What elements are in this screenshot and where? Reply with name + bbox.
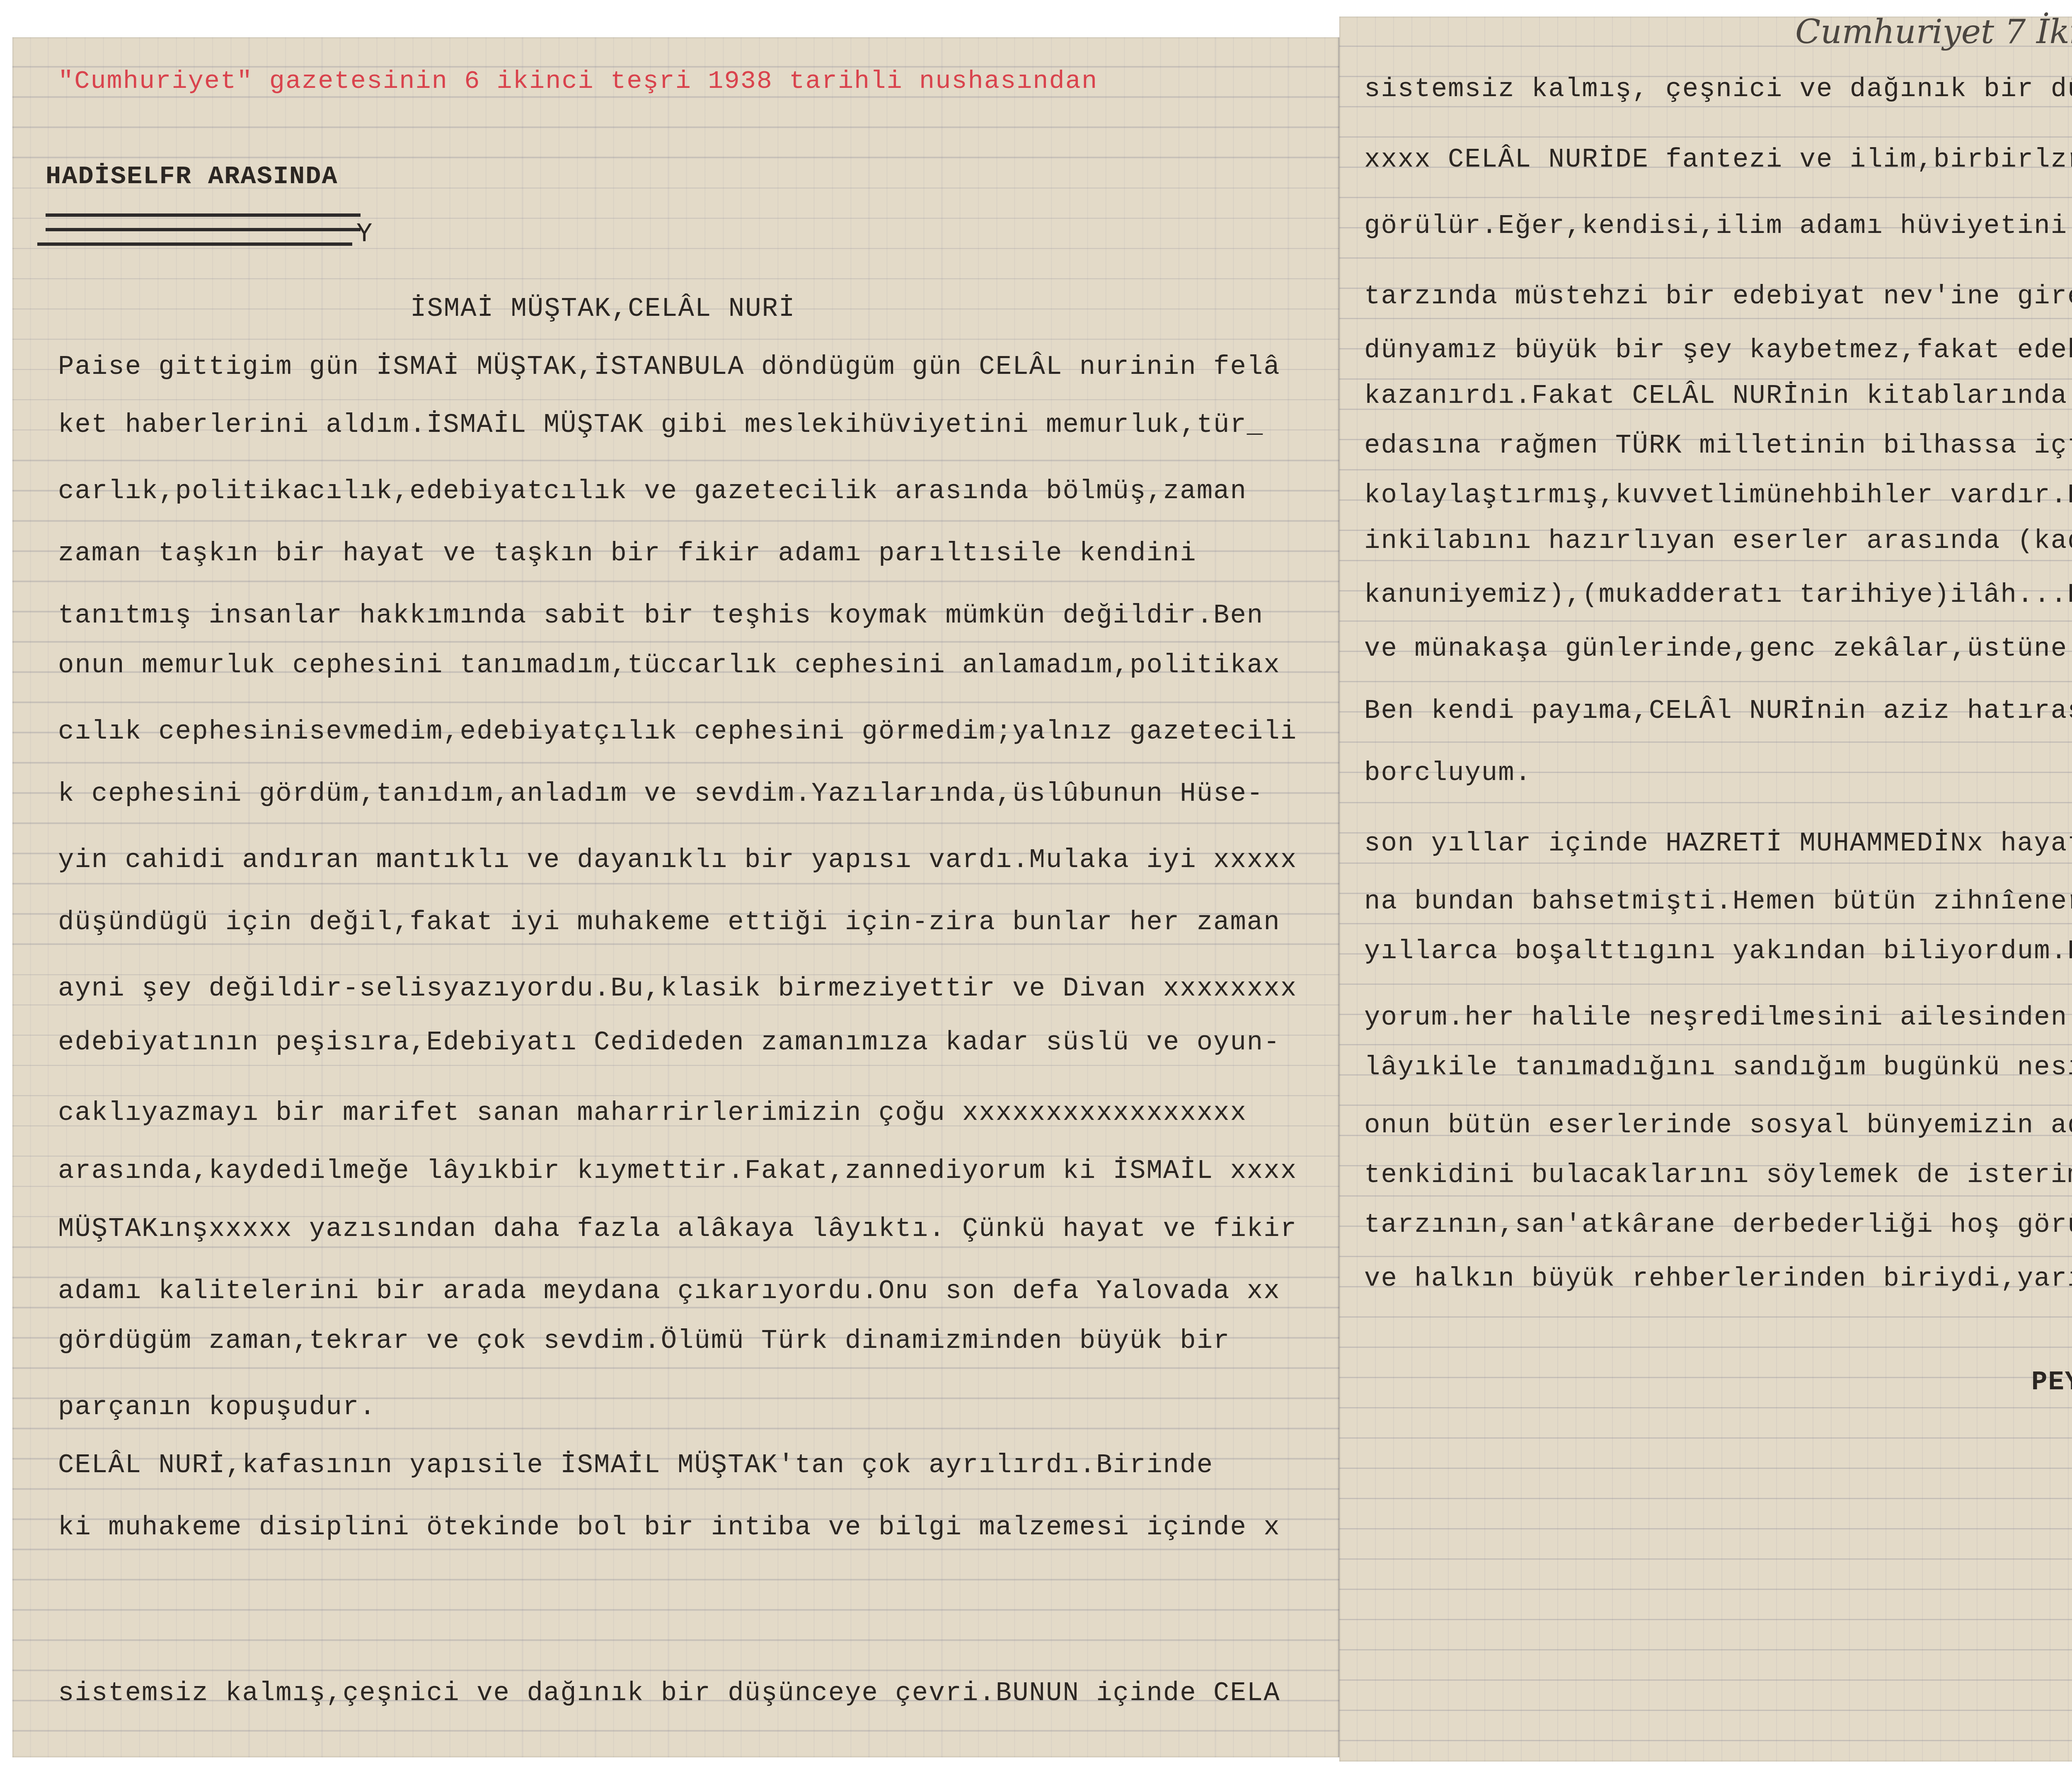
text-line: gördügüm zaman,tekrar ve çok sevdim.Ölüm…: [58, 1326, 1230, 1356]
source-note: "Cumhuriyet" gazetesinin 6 ikinci teşri …: [58, 66, 1098, 96]
text-line: ki muhakeme disiplini ötekinde bol bir i…: [58, 1513, 1280, 1543]
text-line: tanıtmış insanlar hakkımında sabit bir t…: [58, 601, 1264, 631]
heading-rule-2: [46, 228, 361, 231]
text-line: tarzının,san'atkârane derbederliği hoş g…: [1364, 1210, 2072, 1240]
text-line: parçanın kopuşudur.: [58, 1393, 376, 1422]
text-line: kolaylaştırmış,kuvvetlimünehbihler vardı…: [1364, 481, 2072, 511]
text-line: Ben kendi payıma,CELÂl NURİnin aziz hatı…: [1364, 696, 2072, 726]
text-line: borcluyum.: [1364, 758, 1532, 788]
text-line: dünyamız büyük bir şey kaybetmez,fakat e…: [1364, 336, 2072, 366]
text-line: sistemsiz kalmış, çeşnici ve dağınık bir…: [1364, 75, 2072, 104]
handwritten-date-note: Cumhuriyet 7 İkincteşrin 1938: [1795, 12, 2072, 51]
text-line: ayni şey değildir-selisyazıyordu.Bu,klas…: [58, 974, 1297, 1004]
heading-mark: Y: [356, 220, 373, 250]
text-line: adamı kalitelerini bir arada meydana çık…: [58, 1277, 1280, 1306]
text-line: tenkidini bulacaklarını söylemek de iste…: [1364, 1161, 2072, 1190]
text-line: onun memurluk cephesini tanımadım,tüccar…: [58, 651, 1280, 681]
text-line: düşündügü için değil,fakat iyi muhakeme …: [58, 908, 1280, 938]
text-line: kazanırdı.Fakat CELÂL NURİnin kitabların…: [1364, 381, 2072, 411]
text-line: ve halkın büyük rehberlerinden biriydi,y…: [1364, 1264, 2072, 1294]
text-line: tarzında müstehzi bir edebiyat nev'ine g…: [1364, 282, 2072, 312]
text-line: caklıyazmayı bir marifet sanan maharrirl…: [58, 1098, 1247, 1128]
text-line: CELÂL NURİ,kafasının yapısile İSMAİL MÜŞ…: [58, 1451, 1213, 1480]
text-line: zaman taşkın bir hayat ve taşkın bir fik…: [58, 539, 1197, 569]
text-line: edebiyatının peşisıra,Edebiyatı Cedidede…: [58, 1028, 1280, 1058]
text-line: MÜŞTAKınşxxxxx yazısından daha fazla alâ…: [58, 1214, 1297, 1244]
text-line: yıllarca boşalttıgını yakından biliyordu…: [1364, 937, 2072, 967]
left-page: "Cumhuriyet" gazetesinin 6 ikinci teşri …: [12, 37, 1339, 1757]
text-line: na bundan bahsetmişti.Hemen bütün zihnîe…: [1364, 887, 2072, 917]
author-signature: PEYAMİ SAFA: [2031, 1368, 2072, 1398]
text-line: arasında,kaydedilmeğe lâyıkbir kıymettir…: [58, 1156, 1297, 1186]
text-line: lâyıkile tanımadığını sandığım bugünkü n…: [1364, 1053, 2072, 1083]
heading-rule-3: [37, 242, 352, 246]
article-title: İSMAİ MÜŞTAK,CELÂL NURİ: [410, 294, 795, 324]
text-line: görülür.Eğer,kendisi,ilim adamı hüviyeti…: [1364, 211, 2072, 241]
section-heading: HADİSELFR ARASINDA: [46, 162, 338, 191]
text-line: yorum.her halile neşredilmesini ailesind…: [1364, 1003, 2072, 1033]
text-line: inkilabını hazırlıyan eserler arasında (…: [1364, 526, 2072, 556]
heading-rule-1: [46, 213, 361, 217]
text-line: ket haberlerini aldım.İSMAİL MÜŞTAK gibi…: [58, 410, 1264, 440]
text-line: xxxx CELÂL NURİDE fantezi ve ilim,birbir…: [1364, 145, 2072, 175]
text-line: k cephesini gördüm,tanıdım,anladım ve se…: [58, 779, 1264, 809]
text-line: kanuniyemiz),(mukadderatı tarihiye)ilâh.…: [1364, 580, 2072, 610]
text-line: son yıllar içinde HAZRETİ MUHAMMEDİNx ha…: [1364, 829, 2072, 859]
text-line: ve münakaşa günlerinde,genc zekâlar,üstü…: [1364, 634, 2072, 664]
text-line: Paise gittigim gün İSMAİ MÜŞTAK,İSTANBUL…: [58, 352, 1280, 382]
text-line: onun bütün eserlerinde sosyal bünyemizin…: [1364, 1111, 2072, 1141]
text-line: cılık cephesinisevmedim,edebiyatçılık ce…: [58, 717, 1297, 747]
text-line: carlık,politikacılık,edebiyatcılık ve ga…: [58, 477, 1247, 506]
text-line: yin cahidi andıran mantıklı ve dayanıklı…: [58, 846, 1297, 875]
text-line: edasına rağmen TÜRK milletinin bilhassa …: [1364, 431, 2072, 461]
right-page: Cumhuriyet 7 İkincteşrin 1938 1938 siste…: [1339, 17, 2072, 1761]
text-line: sistemsiz kalmış,çeşnici ve dağınık bir …: [58, 1679, 1280, 1708]
